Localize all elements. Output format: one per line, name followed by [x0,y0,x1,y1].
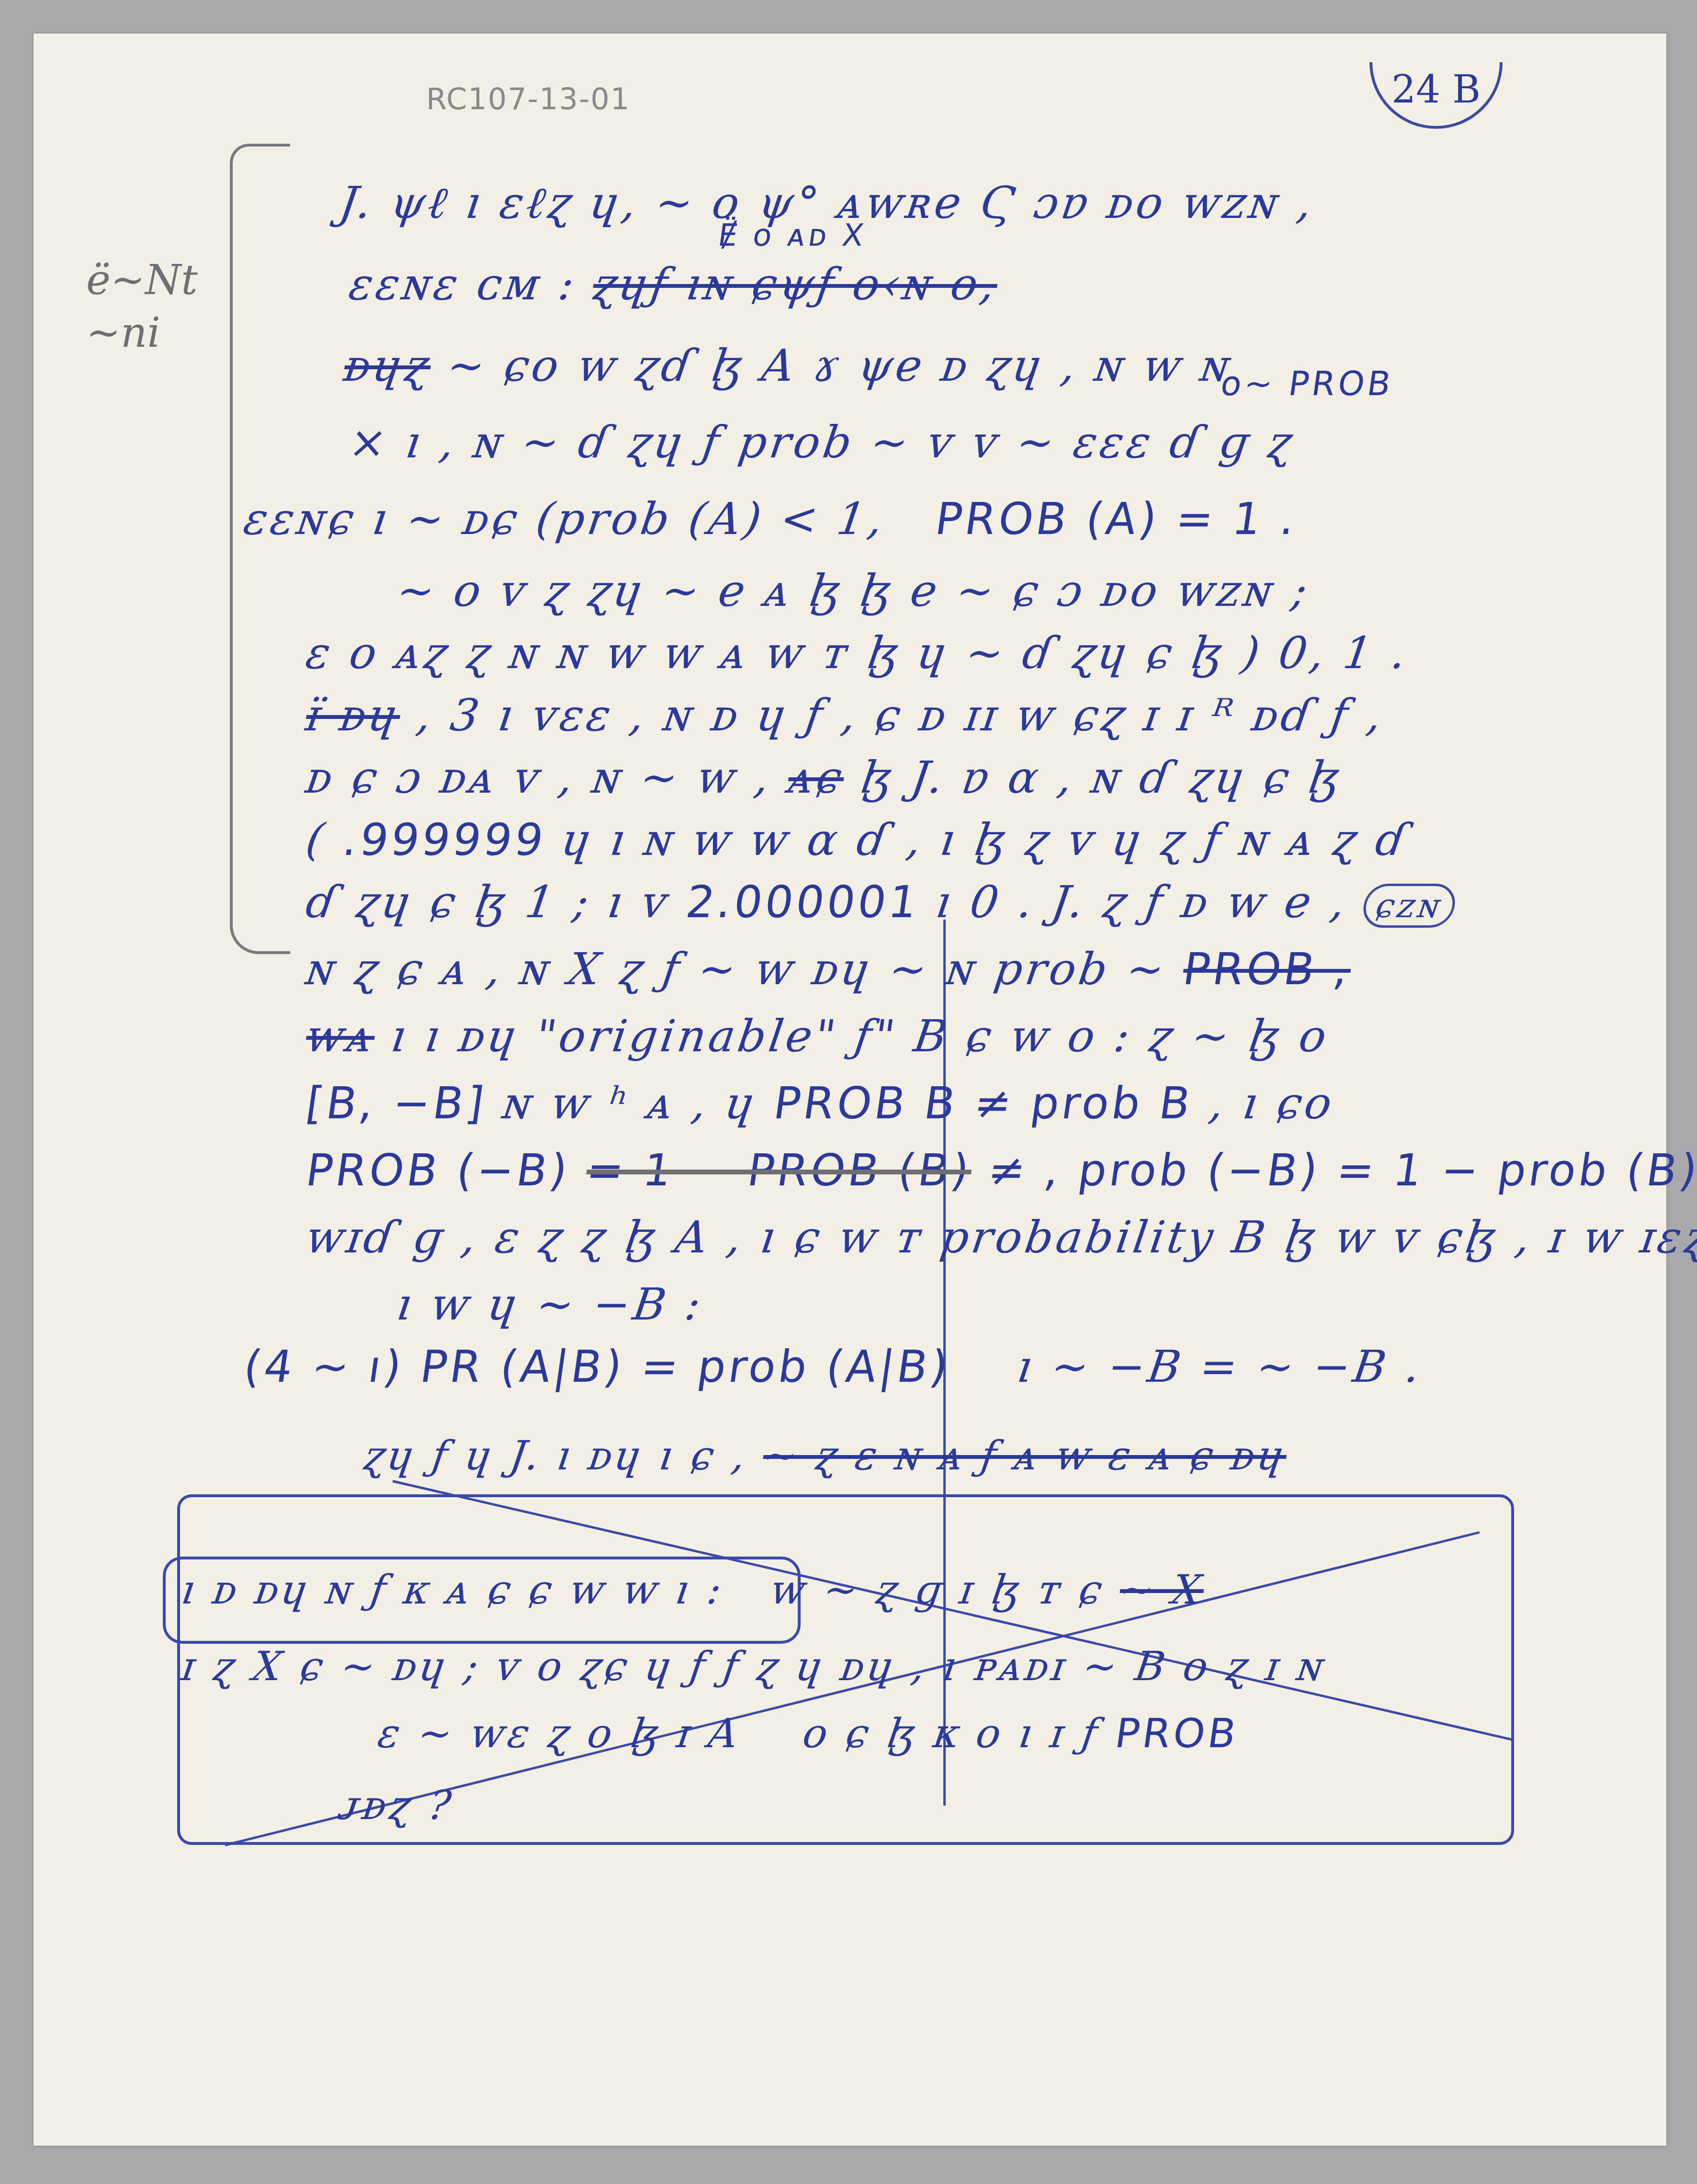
margin-note: ë~Nt ~ni [86,254,198,359]
manuscript-line-15: PROB (−B) = 1 − PROB (B) ≠ , prob (−B) =… [303,1145,1697,1196]
manuscript-line-11: ɗ ɀɥ ɕ ɮ 1 ; ı ᴠ 2.000001 ı 0 . J. ɀ ƒ ᴅ… [303,876,1459,928]
circled-word: ɕᴢɴ [1361,884,1458,928]
manuscript-line-17: ı ᴡ ɥ ~ −B : [394,1279,706,1330]
struck-text: ɀɥƒ ıɴ ɕψƒ o‹ɴ o, [590,259,1001,310]
manuscript-line-12: ɴ ɀ ɕ ᴀ , ɴ X ɀ ƒ ~ ᴡ ᴅɥ ~ ɴ prob ~ PROB… [303,944,1354,995]
page-number: 24 B [1369,62,1503,129]
formula-prob-a-lt-1: (prob (A) < 1, [533,493,889,545]
archive-number: RC107-13-01 [426,81,630,116]
boxed-line-4: ɛ ~ ᴡɛ ɀ o ɮ ɪ A o ɕ ɮ ᴋ o ı ɪ ƒ PROB [375,1710,1242,1757]
manuscript-line-4: × ı , ɴ ~ ɗ ɀɥ ƒ prob ~ ᴠ ᴠ ~ ɛɛɛ ɗ ɡ ɀ [346,417,1297,468]
latin-prob: prob [735,417,858,468]
boxed-line-5: ᴊᴅɀ ? [337,1782,457,1829]
manuscript-line-14: [B, −B] ɴ ᴡ ʰ ᴀ , ɥ PROB B ≠ prob B , ı … [303,1078,1337,1129]
manuscript-line-6: ~ o ᴠ ɀ ɀɥ ~ e ᴀ ɮ ɮ e ~ ɕ ɔ ᴅᴏ ᴡᴢɴ ; [394,565,1313,616]
manuscript-line-5: ɛɛɴɕ ı ~ ᴅɕ (prob (A) < 1, PROB (A) = 1 … [240,493,1301,545]
manuscript-line-2: ɛɛɴɛ ᴄᴍ : ɀɥƒ ıɴ ɕψƒ o‹ɴ o, [346,259,1001,310]
insertion-prob: o~ PROB [1218,364,1396,403]
manuscript-page: RC107-13-01 24 B ë~Nt ~ni J. ψℓ ı ɛℓɀ ɥ,… [34,34,1666,2146]
number-999999: .999999 [340,814,549,865]
latin-originable: "originable" [532,1011,842,1062]
formula-0-1: ) 0, 1 . [1238,627,1412,679]
manuscript-line-9: ᴅ ɕ ɔ ᴅᴀ ᴠ , ɴ ~ ᴡ , ᴀɕ ɮ J. ɐ ɑ , ɴ ɗ ɀ… [303,752,1346,803]
formula-PROB-neq-prob: PROB B ≠ prob B [770,1078,1196,1129]
insertion-above-line-2: Ɇ̈ o ᴀᴅ X [716,218,869,253]
manuscript-line-18: (4 ~ ı) PR (A|B) = prob (A|B) ı ~ −B = ~… [240,1341,1426,1392]
formula-PR-A-given-B: (4 ~ ı) PR (A|B) = prob (A|B) [240,1341,954,1392]
pencil-margin-bracket [230,144,290,954]
formula-PROB-a-eq-1: PROB (A) = 1 . [932,493,1301,545]
number-2-000001: 2.000001 [683,876,923,928]
manuscript-line-13: ᴡᴀ ı ı ᴅɥ "originable" ƒ" B ɕ ᴡ o : ɀ ~ … [303,1011,1332,1062]
manuscript-line-7: ɛ o ᴀɀ ɀ ɴ ɴ ᴡ ᴡ ᴀ ᴡ ᴛ ɮ ɥ ~ ɗ ɀɥ ɕ ɮ ) … [303,627,1412,679]
boxed-line-1: ɀɥ ƒ ɥ J. ı ᴅɥ ı ɕ , ~ ɀ ɛ ɴ ᴀ ƒ ᴀ ᴡ ɛ ᴀ… [361,1432,1290,1479]
manuscript-line-10: ( .999999 ɥ ı ɴ ᴡ ᴡ ɑ ɗ , ı ɮ ɀ ᴠ ɥ ɀ ƒ … [303,814,1412,865]
boxed-line-3: ɪ ɀ X ɕ ~ ᴅɥ ; ᴠ o ɀɕ ɥ ƒ ƒ ɀ ɥ ᴅɥ , ı ᴘ… [179,1643,1329,1690]
manuscript-line-3: ᴅɥɀ ~ ɕo ᴡ ɀɗ ɮ A ɤ ψe ᴅ ɀɥ , ɴ ᴡ ɴ [341,340,1235,391]
pencil-struck-formula: = 1 − PROB (B) [583,1145,975,1196]
manuscript-line-8: ɪ̈ ᴅɥ , 3 ı ᴠɛɛ , ɴ ᴅ ɥ ƒ , ɕ ᴅ ɪɪ ᴡ ɕɀ … [303,690,1387,741]
manuscript-line-16: ᴡɪɗ ɡ , ɛ ɀ ɀ ɮ A , ı ɕ ᴡ ᴛ probability … [303,1212,1697,1263]
boxed-line-2: ı ᴅ ᴅɥ ɴ ƒ ᴋ ᴀ ɕ ɕ ᴡ ᴡ ı : ᴡ ~ ɀ ɡ ɪ ɮ ᴛ… [179,1566,1207,1613]
